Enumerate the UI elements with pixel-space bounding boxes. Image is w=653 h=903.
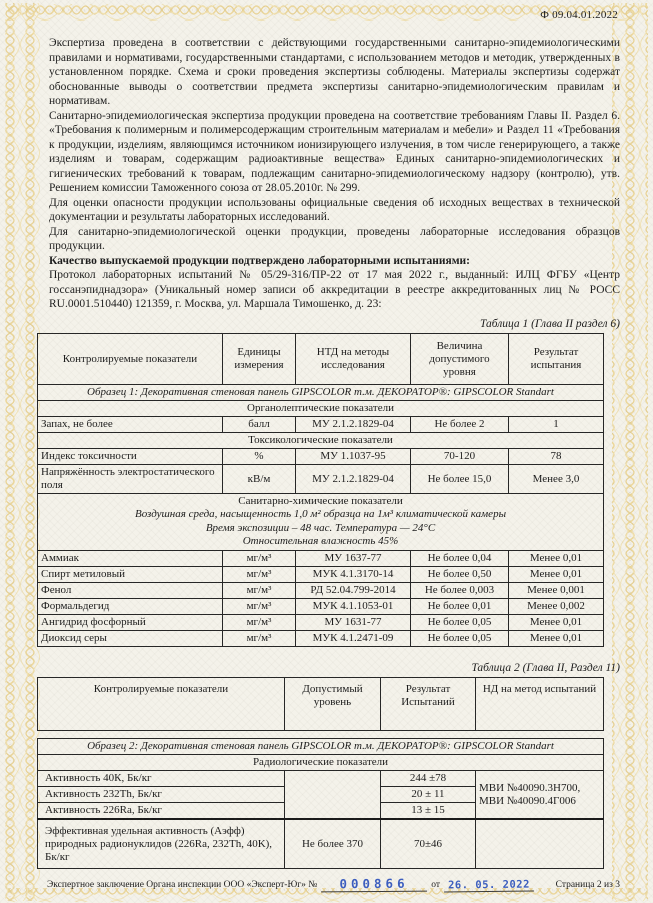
table-row-methanol: Спирт метиловый мг/м³ МУК 4.1.3170-14 Не… bbox=[38, 566, 604, 582]
page-footer: Экспертное заключение Органа инспекции О… bbox=[47, 876, 620, 892]
paragraph-expertise: Экспертиза проведена в соответствии с де… bbox=[49, 36, 620, 109]
lab-results-table-1: Контролируемые показатели Единицы измере… bbox=[37, 333, 604, 647]
table-row-effective-activity: Эффективная удельная активность (Аэфф) п… bbox=[38, 819, 604, 869]
table2-header-row: Контролируемые показатели Допустимый уро… bbox=[38, 678, 604, 731]
sample1-row: Образец 1: Декоративная стеновая панель … bbox=[38, 385, 604, 401]
document-body: Экспертиза проведена в соответствии с де… bbox=[49, 36, 620, 869]
section-radiological-row: Радиологические показатели bbox=[38, 755, 604, 771]
page-number: Страница 2 из 3 bbox=[556, 880, 620, 892]
section-sanitary-chemical: Санитарно-химические показатели Воздушна… bbox=[38, 494, 604, 551]
table-row-sulfur-dioxide: Диоксид серы мг/м³ МУК 4.1.2471-09 Не бо… bbox=[38, 630, 604, 646]
table1-header-indicators: Контролируемые показатели bbox=[38, 334, 223, 385]
table2-caption: Таблица 2 (Глава II, Раздел 11) bbox=[49, 661, 620, 676]
nd-method-line2: МВИ №40090.4Г006 bbox=[479, 795, 600, 808]
table-row-toxicity-index: Индекс токсичности % МУ 1.1037-95 70-120… bbox=[38, 449, 604, 465]
footer-from-label: от bbox=[431, 880, 440, 892]
section-toxicological-row: Токсикологические показатели bbox=[38, 433, 604, 449]
table-row-electrostatic: Напряжённость электростатического поля к… bbox=[38, 465, 604, 494]
table-row-ammonia: Аммиак мг/м³ МУ 1637-77 Не более 0,04 Ме… bbox=[38, 550, 604, 566]
table-row-phenol: Фенол мг/м³ РД 52.04.799-2014 Не более 0… bbox=[38, 582, 604, 598]
table1-header-result: Результат испытания bbox=[509, 334, 604, 385]
table2-header-result: Результат Испытаний bbox=[381, 678, 476, 731]
conclusion-date-stamp: 26. 05. 2022 bbox=[444, 879, 534, 893]
sample2-label: Образец 2: Декоративная стеновая панель … bbox=[38, 739, 604, 755]
chem-note-exposure: Время экспозиции – 48 час. Температура —… bbox=[41, 522, 600, 536]
section-toxicological: Токсикологические показатели bbox=[38, 433, 604, 449]
table2-header-nd: НД на метод испытаний bbox=[476, 678, 604, 731]
footer-label: Экспертное заключение Органа инспекции О… bbox=[47, 880, 317, 892]
table2-gap bbox=[49, 731, 620, 738]
table-row-phosphoric-anhydride: Ангидрид фосфорный мг/м³ МУ 1631-77 Не б… bbox=[38, 614, 604, 630]
section-organoleptic-row: Органолептические показатели bbox=[38, 401, 604, 417]
section-radiological: Радиологические показатели bbox=[38, 755, 604, 771]
section-organoleptic: Органолептические показатели bbox=[38, 401, 604, 417]
chem-note-air: Воздушная среда, насыщенность 1,0 м² обр… bbox=[41, 508, 600, 522]
lab-results-table-2: Образец 2: Декоративная стеновая панель … bbox=[37, 738, 604, 869]
paragraph-hazard-info: Для оценки опасности продукции использов… bbox=[49, 196, 620, 225]
eff-row-empty-cell bbox=[476, 819, 604, 869]
paragraph-protocol: Протокол лабораторных испытаний № 05/29-… bbox=[49, 268, 620, 312]
table1-header-units: Единицы измерения bbox=[223, 334, 296, 385]
table1-caption: Таблица 1 (Глава II раздел 6) bbox=[49, 317, 620, 332]
document-page: Ф 09.04.01.2022 Экспертиза проведена в с… bbox=[0, 0, 653, 903]
nd-method-line1: МВИ №40090.3Н700, bbox=[479, 782, 600, 795]
table1-header-row: Контролируемые показатели Единицы измере… bbox=[38, 334, 604, 385]
table-row-formaldehyde: Формальдегид мг/м³ МУК 4.1.1053-01 Не бо… bbox=[38, 598, 604, 614]
conclusion-number-stamp: 000866 bbox=[321, 876, 427, 893]
chem-note-humidity: Относительная влажность 45% bbox=[41, 535, 600, 549]
table2-header-allowed: Допустимый уровень bbox=[285, 678, 381, 731]
allowed-level-merged-cell bbox=[285, 771, 381, 820]
paragraph-lab-research: Для санитарно-эпидемиологической оценки … bbox=[49, 225, 620, 254]
sample1-label: Образец 1: Декоративная стеновая панель … bbox=[38, 385, 604, 401]
section-sanitary-chemical-title: Санитарно-химические показатели bbox=[41, 495, 600, 508]
nd-method-cell: МВИ №40090.3Н700, МВИ №40090.4Г006 bbox=[476, 771, 604, 820]
table-row-activity-40k: Активность 40К, Бк/кг 244 ±78 МВИ №40090… bbox=[38, 771, 604, 787]
table2-header-indicators: Контролируемые показатели bbox=[38, 678, 285, 731]
section-sanitary-chemical-row: Санитарно-химические показатели Воздушна… bbox=[38, 494, 604, 551]
table1-header-ntd: НТД на методы исследования bbox=[296, 334, 411, 385]
paragraph-requirements: Санитарно-эпидемиологическая экспертиза … bbox=[49, 109, 620, 196]
quality-heading: Качество выпускаемой продукции подтвержд… bbox=[49, 254, 620, 269]
table1-header-allowed: Величина допустимого уровня bbox=[411, 334, 509, 385]
lab-results-table-2-header: Контролируемые показатели Допустимый уро… bbox=[37, 677, 604, 731]
form-code: Ф 09.04.01.2022 bbox=[540, 9, 618, 21]
table-row-smell: Запах, не более балл МУ 2.1.2.1829-04 Не… bbox=[38, 417, 604, 433]
sample2-row: Образец 2: Декоративная стеновая панель … bbox=[38, 739, 604, 755]
